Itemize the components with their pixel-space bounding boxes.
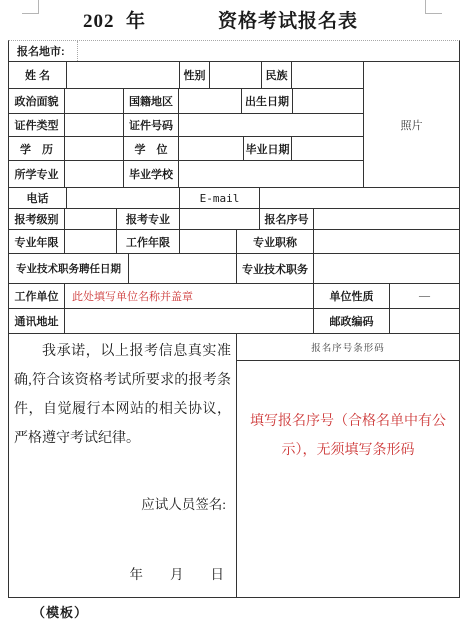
registration-number-value-cell[interactable] bbox=[313, 209, 459, 229]
title-year-part: 202 年 bbox=[83, 6, 146, 33]
exam-major-label: 报考专业 bbox=[116, 209, 179, 229]
row-political: 政治面貌 国籍地区 出生日期 bbox=[9, 88, 363, 113]
major-value-cell[interactable] bbox=[64, 161, 123, 187]
professional-title-label: 专业职称 bbox=[236, 230, 313, 253]
exam-major-value-cell[interactable] bbox=[179, 209, 259, 229]
degree-value-cell[interactable] bbox=[178, 137, 243, 160]
row-reg-city: 报名地市: bbox=[9, 41, 459, 61]
ethnicity-value-cell[interactable] bbox=[291, 62, 363, 88]
gender-value-cell[interactable] bbox=[209, 62, 261, 88]
id-type-label: 证件类型 bbox=[9, 114, 64, 136]
row-tech-position: 专业技术职务聘任日期 专业技术职务 bbox=[9, 253, 459, 283]
template-note: （模板） bbox=[32, 602, 88, 621]
birth-date-label: 出生日期 bbox=[241, 89, 292, 113]
row-declaration: 我承诺，以上报考信息真实准确,符合该资格考试所要求的报考条件，自觉履行本网站的相… bbox=[9, 333, 459, 597]
row-contact: 电话 E-mail bbox=[9, 187, 459, 208]
row-work-unit: 工作单位 此处填写单位名称并盖章 单位性质 — bbox=[9, 283, 459, 308]
political-status-label: 政治面貌 bbox=[9, 89, 64, 113]
barcode-header: 报名序号条形码 bbox=[237, 334, 459, 361]
row-address: 通讯地址 邮政编码 bbox=[9, 308, 459, 333]
nationality-label: 国籍地区 bbox=[123, 89, 178, 113]
nationality-value-cell[interactable] bbox=[178, 89, 241, 113]
row-major: 所学专业 毕业学校 bbox=[9, 160, 363, 187]
appointment-date-value-cell[interactable] bbox=[128, 254, 236, 283]
appointment-date-label: 专业技术职务聘任日期 bbox=[9, 254, 128, 283]
signature-label: 应试人员签名: bbox=[9, 493, 236, 513]
name-label: 姓 名 bbox=[9, 62, 66, 88]
photo-cell[interactable]: 照片 bbox=[363, 61, 459, 187]
registration-table: 报名地市: 姓 名 性别 民族 政治面貌 国籍地区 出生日期 证件类型 证件号码 bbox=[8, 40, 460, 598]
education-value-cell[interactable] bbox=[64, 137, 123, 160]
work-unit-value-cell[interactable]: 此处填写单位名称并盖章 bbox=[64, 284, 313, 308]
barcode-cell: 报名序号条形码 填写报名序号（合格名单中有公示），无须填写条形码 bbox=[236, 334, 459, 597]
work-years-label: 工作年限 bbox=[116, 230, 179, 253]
date-line: 年 月 日 bbox=[9, 563, 236, 583]
declaration-cell: 我承诺，以上报考信息真实准确,符合该资格考试所要求的报考条件，自觉履行本网站的相… bbox=[9, 334, 236, 597]
barcode-area[interactable]: 填写报名序号（合格名单中有公示），无须填写条形码 bbox=[237, 361, 459, 597]
degree-label: 学 位 bbox=[123, 137, 178, 160]
exam-level-value-cell[interactable] bbox=[64, 209, 116, 229]
form-title: 202 年 资格考试报名表 bbox=[0, 6, 453, 33]
row-name: 姓 名 性别 民族 bbox=[9, 61, 363, 88]
birth-date-value-cell[interactable] bbox=[292, 89, 363, 113]
name-value-cell[interactable] bbox=[66, 62, 179, 88]
id-type-value-cell[interactable] bbox=[64, 114, 123, 136]
mailing-address-label: 通讯地址 bbox=[9, 309, 64, 333]
row-id: 证件类型 证件号码 bbox=[9, 113, 363, 136]
graduation-date-value-cell[interactable] bbox=[291, 137, 363, 160]
id-number-value-cell[interactable] bbox=[178, 114, 363, 136]
registration-number-label: 报名序号 bbox=[259, 209, 313, 229]
declaration-text: 我承诺，以上报考信息真实准确,符合该资格考试所要求的报考条件，自觉履行本网站的相… bbox=[14, 337, 231, 453]
row-exam: 报考级别 报考专业 报名序号 bbox=[9, 208, 459, 229]
unit-nature-value-cell[interactable]: — bbox=[389, 284, 459, 308]
graduation-school-label: 毕业学校 bbox=[123, 161, 178, 187]
phone-label: 电话 bbox=[9, 188, 66, 208]
tech-position-value-cell[interactable] bbox=[313, 254, 459, 283]
postal-code-value-cell[interactable] bbox=[389, 309, 459, 333]
professional-years-value-cell[interactable] bbox=[64, 230, 116, 253]
unit-nature-label: 单位性质 bbox=[313, 284, 389, 308]
professional-title-value-cell[interactable] bbox=[313, 230, 459, 253]
professional-years-label: 专业年限 bbox=[9, 230, 64, 253]
mailing-address-value-cell[interactable] bbox=[64, 309, 313, 333]
reg-city-label: 报名地市: bbox=[9, 41, 78, 61]
education-label: 学 历 bbox=[9, 137, 64, 160]
registration-form-page: 202 年 资格考试报名表 报名地市: 姓 名 性别 民族 政治面貌 国籍地区 … bbox=[0, 0, 465, 632]
ethnicity-label: 民族 bbox=[261, 62, 291, 88]
phone-value-cell[interactable] bbox=[66, 188, 179, 208]
id-number-label: 证件号码 bbox=[123, 114, 178, 136]
email-label: E-mail bbox=[179, 188, 259, 208]
gender-label: 性别 bbox=[179, 62, 209, 88]
photo-label: 照片 bbox=[401, 117, 423, 133]
row-education: 学 历 学 位 毕业日期 bbox=[9, 136, 363, 160]
postal-code-label: 邮政编码 bbox=[313, 309, 389, 333]
graduation-school-value-cell[interactable] bbox=[178, 161, 363, 187]
graduation-date-label: 毕业日期 bbox=[243, 137, 291, 160]
work-years-value-cell[interactable] bbox=[179, 230, 236, 253]
email-value-cell[interactable] bbox=[259, 188, 459, 208]
major-label: 所学专业 bbox=[9, 161, 64, 187]
tech-position-label: 专业技术职务 bbox=[236, 254, 313, 283]
exam-level-label: 报考级别 bbox=[9, 209, 64, 229]
row-years: 专业年限 工作年限 专业职称 bbox=[9, 229, 459, 253]
political-status-value-cell[interactable] bbox=[64, 89, 123, 113]
work-unit-label: 工作单位 bbox=[9, 284, 64, 308]
barcode-hint: 填写报名序号（合格名单中有公示），无须填写条形码 bbox=[247, 407, 450, 465]
reg-city-value-cell[interactable] bbox=[78, 41, 459, 61]
title-main-part: 资格考试报名表 bbox=[218, 6, 358, 33]
